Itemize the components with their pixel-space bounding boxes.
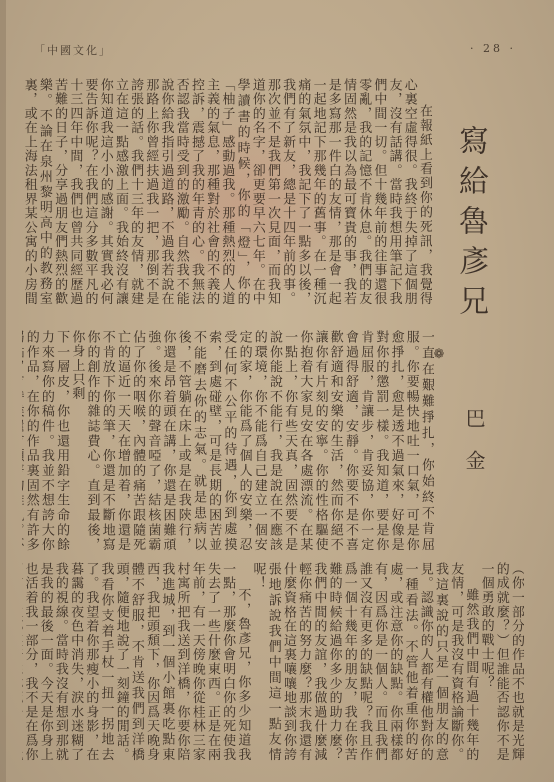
magazine-name: 「中國文化」 (34, 42, 112, 58)
body-text-bottom: （你一部分的作品不也就是光輝的成就麼？）但誰能否認你不是一個勇敢的戰士呢？雖然我… (22, 562, 524, 762)
body-text-top: 在報紙上看到你的死訊，我覺得心裏空虛得很。我終于失掉了這個朋友，沒有話講。當時我… (22, 78, 432, 306)
page-number: · 28 · (470, 42, 516, 55)
flower-ornament-icon: ❁ (432, 348, 446, 362)
body-text-middle: 一直在艱難掙扎，你始終不肯屈服。你要暢快地吐一口氣，可是你愈掙扎，愈是透不過氣來… (22, 330, 434, 552)
paragraph: 雖然我們中間有過十幾年的友情，可是我沒有資格論斷你。我這裏說的只是一個朋友的意見… (250, 562, 478, 762)
article-author: 巴金 (460, 408, 489, 492)
paragraph: 下一層皮，你也還用鉛字生命的餘力來寫你的稿件。我並不想誇大你的作品，在你的作品裏… (22, 330, 69, 552)
paragraph: 一直在艱難掙扎，你始終不肯屈服。你要暢快地吐一口氣，可是你愈掙扎，愈是透不過氣來… (69, 330, 434, 552)
page-edge-shadow (0, 0, 6, 782)
article-title: 寫給魯彥兄 (448, 125, 492, 325)
paragraph: （你一部分的作品不也就是光輝的成就麼？）但誰能否認你不是一個勇敢的戰士呢？ (478, 562, 524, 762)
scanned-page: 「中國文化」 · 28 · 寫給魯彥兄 ❁ 巴金 在報紙上看到你的死訊，我覺得心… (0, 0, 554, 782)
paragraph: 不，魯彥兄，你多少知道我一點，那麼你會明白你的死使我失去了一些什麼東西。正是在兩… (22, 562, 250, 762)
paragraph: 在報紙上看到你的死訊，我覺得心裏空虛得很。我終于失掉了這個朋友，沒有話講。當時我… (22, 78, 432, 306)
